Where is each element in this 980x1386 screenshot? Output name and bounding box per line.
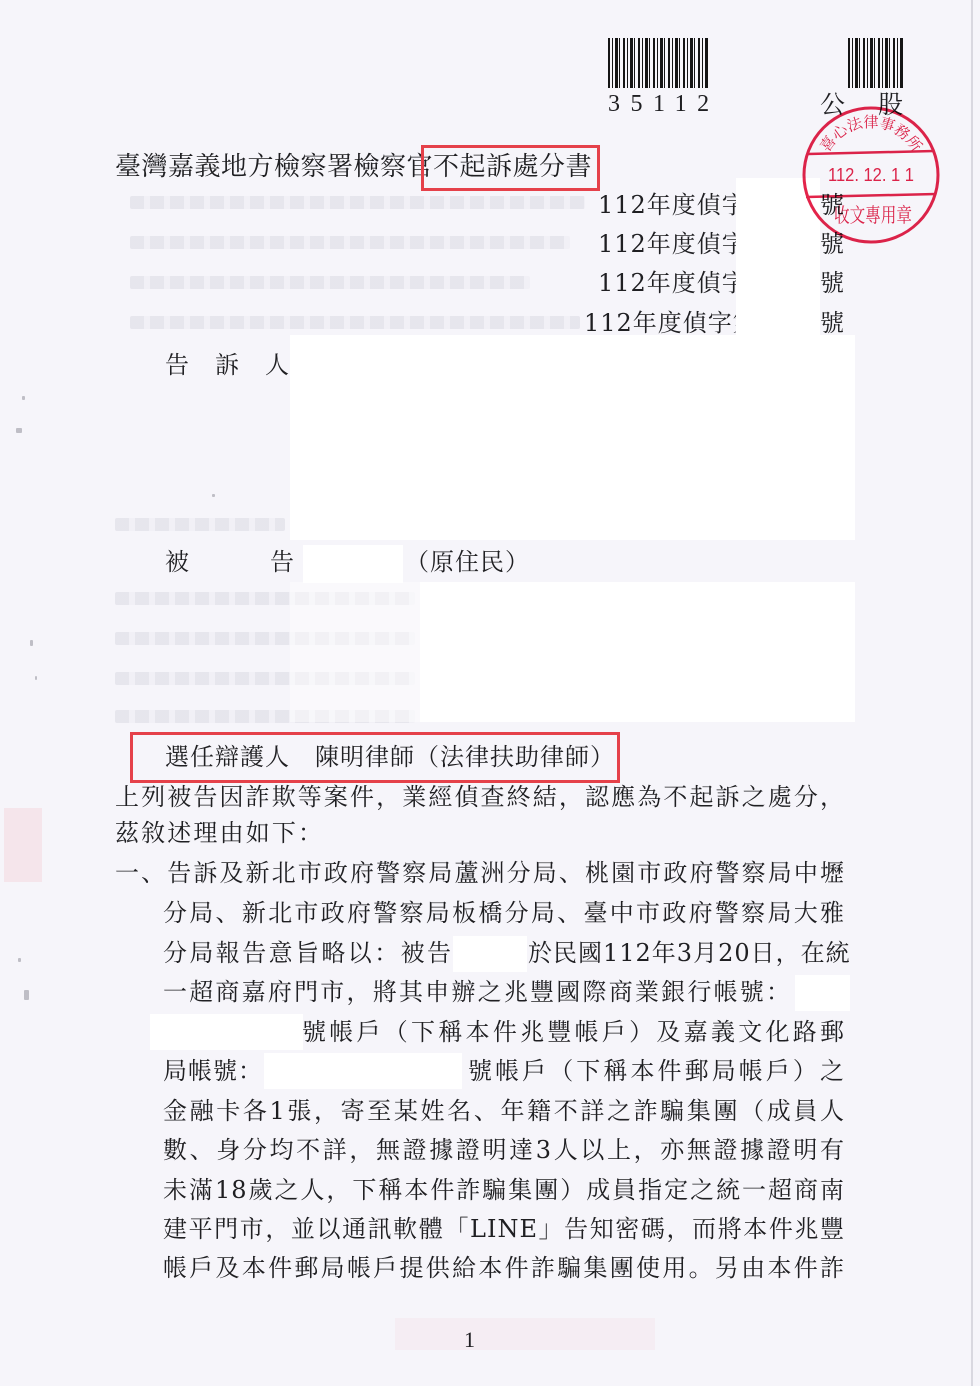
- complainant-label: 告訴人: [165, 349, 290, 381]
- bleed-through-text: [130, 276, 530, 289]
- intro-line: 茲敘述理由如下：: [115, 817, 323, 849]
- section-1-line-part: 分局報告意旨略以：被告: [163, 937, 452, 969]
- section-1-line: 未滿18歲之人，下稱本件詐騙集團）成員指定之統一超商南: [163, 1174, 845, 1206]
- section-1-line-part: 號帳戶（下稱本件兆豐帳戶）及嘉義文化路郵: [302, 1016, 845, 1048]
- margin-speck: [212, 494, 215, 497]
- margin-speck: [35, 676, 37, 680]
- redaction-defendant-name: [303, 545, 403, 583]
- redaction-defendant-name-inline: [453, 936, 527, 972]
- barcode-right: [848, 38, 904, 88]
- section-1-line: 數、身分均不詳，無證據證明達3人以上，亦無證據證明有: [163, 1134, 845, 1166]
- bleed-through-text: [130, 316, 580, 329]
- redaction-complainant: [290, 335, 855, 540]
- title-prefix: 臺灣嘉義地方檢察署檢察官: [115, 152, 433, 182]
- section-1-line: 分局、新北市政府警察局板橋分局、臺中市政府警察局大雅: [163, 897, 845, 929]
- bleed-through-blotch: [4, 808, 42, 882]
- title-highlight-box: [421, 145, 600, 191]
- intro-line: 上列被告因詐欺等案件，業經偵查終結，認應為不起訴之處分，: [115, 781, 845, 813]
- section-1-line-part: 於民國112年3月20日，在統: [528, 937, 845, 969]
- section-1-line-part: 局帳號：: [163, 1055, 263, 1087]
- barcode-left: [608, 38, 708, 88]
- section-1-line-part: 一超商嘉府門市，將其申辦之兆豐國際商業銀行帳號：: [163, 976, 791, 1008]
- redaction-defendant-details: [420, 582, 855, 722]
- defendant-note: （原住民）: [405, 546, 523, 578]
- case-number-prefix: 112年度偵字: [598, 228, 747, 260]
- faded-redaction: [290, 582, 420, 722]
- bleed-through-blotch-bottom: [395, 1318, 655, 1350]
- margin-speck: [16, 428, 22, 433]
- redaction-bank-account-cont: [150, 1014, 303, 1050]
- stamp-purpose: 收文專用章: [834, 203, 912, 227]
- stamp-date: 112. 12. 1 1: [828, 165, 914, 185]
- case-number-prefix: 112年度偵字: [598, 189, 747, 221]
- redaction-bank-account: [795, 975, 850, 1011]
- margin-speck: [22, 396, 25, 400]
- section-1-line: 金融卡各1張，寄至某姓名、年籍不詳之詐騙集團（成員人: [163, 1095, 845, 1127]
- stamp-divider-bottom: [806, 194, 936, 197]
- section-1-line-part: 號帳戶（下稱本件郵局帳戶）之: [468, 1055, 845, 1087]
- bleed-through-text: [130, 236, 570, 249]
- bleed-through-text: [130, 196, 585, 209]
- bleed-through-text: [115, 518, 285, 531]
- barcode-left-number: 35112: [608, 90, 720, 118]
- section-1-line: 帳戶及本件郵局帳戶提供給本件詐騙集團使用。另由本件詐: [163, 1252, 845, 1284]
- page-number: 1: [464, 1326, 475, 1354]
- margin-speck: [24, 990, 29, 1000]
- margin-speck: [18, 958, 21, 962]
- scan-edge-line: [971, 0, 973, 1386]
- section-1-line: 一、告訴及新北市政府警察局蘆洲分局、桃園市政府警察局中壢: [115, 857, 845, 889]
- redaction-post-account: [264, 1053, 462, 1089]
- defendant-label: 被告: [165, 546, 295, 578]
- case-number-prefix: 112年度偵字: [598, 267, 747, 299]
- received-stamp: 喜心法律事務所 112. 12. 1 1 收文專用章: [798, 104, 944, 246]
- case-number-suffix: 號: [820, 267, 845, 299]
- section-1-line: 建平門市，並以通訊軟體「LINE」告知密碼，而將本件兆豐: [163, 1213, 845, 1245]
- margin-speck: [30, 640, 33, 646]
- defense-counsel-highlight-box: [130, 732, 620, 783]
